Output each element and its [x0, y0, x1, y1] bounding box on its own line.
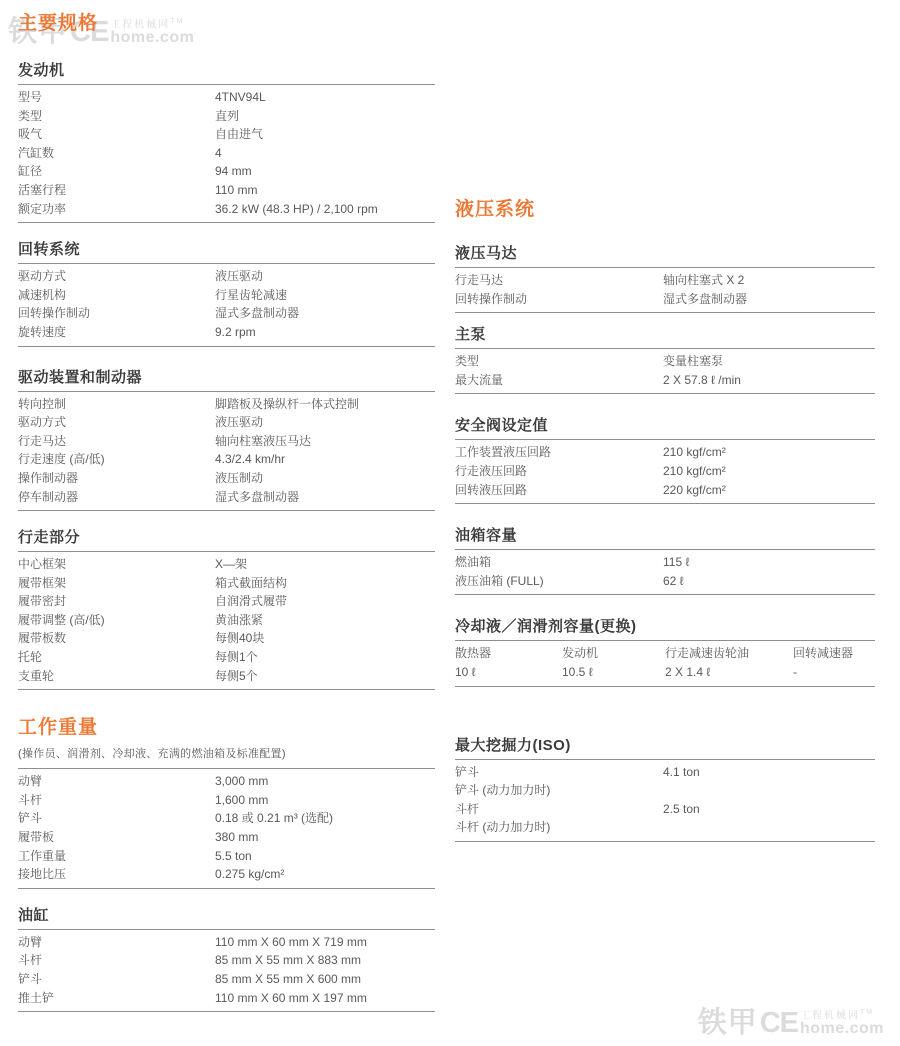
spec-value: 变量柱塞泵 — [663, 352, 875, 371]
spec-label: 旋转速度 — [18, 323, 215, 342]
spec-section: 回转系统驱动方式液压驱动减速机构行星齿轮减速回转操作制动湿式多盘制动器旋转速度9… — [18, 241, 435, 346]
spec-section: 驱动装置和制动器转向控制脚踏板及操纵杆一体式控制驱动方式液压驱动行走马达轴向柱塞… — [18, 369, 435, 512]
spec-value: 轴向柱塞液压马达 — [215, 432, 435, 451]
spec-value: 液压驱动 — [215, 267, 435, 286]
spec-row: 斗杆2.5 ton — [455, 800, 875, 819]
main-spec-column: 主要规格发动机型号4TNV94L类型直列吸气自由进气汽缸数4缸径94 mm活塞行… — [18, 12, 435, 1012]
table-header-cell: 发动机 — [562, 644, 665, 663]
spec-value: 行星齿轮减速 — [215, 286, 435, 305]
spec-label: 履带框架 — [18, 574, 215, 593]
capacity-table-section: 冷却液／润滑剂容量(更换)散热器发动机行走减速齿轮油回转减速器10 ℓ10.5 … — [455, 618, 875, 686]
spec-label: 停车制动器 — [18, 488, 215, 507]
spec-row: 液压油箱 (FULL)62 ℓ — [455, 572, 875, 591]
table-value-row: 10 ℓ10.5 ℓ2 X 1.4 ℓ- — [455, 663, 875, 682]
spec-label: 推土铲 — [18, 989, 215, 1008]
section-title: 液压马达 — [455, 245, 875, 262]
spec-label: 驱动方式 — [18, 413, 215, 432]
spec-label: 铲斗 — [18, 809, 215, 828]
spec-value — [663, 818, 875, 837]
spec-row: 铲斗 (动力加力时) — [455, 781, 875, 800]
hydraulic-spec-column: 液压系统液压马达行走马达轴向柱塞式 X 2回转操作制动湿式多盘制动器主泵类型变量… — [455, 198, 875, 842]
spec-row: 回转液压回路220 kgf/cm² — [455, 481, 875, 500]
spec-value: 4.3/2.4 km/hr — [215, 450, 435, 469]
spec-section: 最大挖掘力(ISO)铲斗4.1 ton铲斗 (动力加力时)斗杆2.5 ton斗杆… — [455, 737, 875, 842]
spec-row: 履带调整 (高/低)黄油涨紧 — [18, 611, 435, 630]
watermark-brand-en: CE — [760, 1010, 798, 1036]
spec-row: 动臂3,000 mm — [18, 772, 435, 791]
spec-row: 斗杆1,600 mm — [18, 791, 435, 810]
spec-value: 115 ℓ — [663, 553, 875, 572]
spec-label: 斗杆 — [18, 791, 215, 810]
spec-value: 2 X 57.8 ℓ /min — [663, 371, 875, 390]
spec-row: 斗杆 (动力加力时) — [455, 818, 875, 837]
spec-row: 类型直列 — [18, 107, 435, 126]
spec-value: 9.2 rpm — [215, 323, 435, 342]
table-header-row: 散热器发动机行走减速齿轮油回转减速器 — [455, 644, 875, 663]
table-value-cell: 10.5 ℓ — [562, 663, 665, 682]
section-title: 最大挖掘力(ISO) — [455, 737, 875, 754]
spec-value: 210 kgf/cm² — [663, 443, 875, 462]
table-header-cell: 回转减速器 — [793, 644, 875, 663]
spec-section: 油缸动臂110 mm X 60 mm X 719 mm斗杆85 mm X 55 … — [18, 907, 435, 1012]
spec-row: 类型变量柱塞泵 — [455, 352, 875, 371]
spec-row: 动臂110 mm X 60 mm X 719 mm — [18, 933, 435, 952]
spec-value: 湿式多盘制动器 — [663, 290, 875, 309]
spec-label: 托轮 — [18, 648, 215, 667]
spec-rows: 动臂3,000 mm斗杆1,600 mm铲斗0.18 或 0.21 m³ (选配… — [18, 768, 435, 889]
spec-value: 每侧1个 — [215, 648, 435, 667]
spec-row: 燃油箱115 ℓ — [455, 553, 875, 572]
spec-value: 液压制动 — [215, 469, 435, 488]
spec-label: 斗杆 (动力加力时) — [455, 818, 663, 837]
spec-value: 4TNV94L — [215, 88, 435, 107]
spec-label: 动臂 — [18, 772, 215, 791]
spec-label: 履带板 — [18, 828, 215, 847]
section-title: 回转系统 — [18, 241, 435, 258]
section-title: 行走部分 — [18, 529, 435, 546]
spec-row: 回转操作制动湿式多盘制动器 — [18, 304, 435, 323]
spec-value: 380 mm — [215, 828, 435, 847]
spec-row: 支重轮每侧5个 — [18, 667, 435, 686]
spec-row: 履带板380 mm — [18, 828, 435, 847]
section-title: 发动机 — [18, 62, 435, 79]
spec-row: 转向控制脚踏板及操纵杆一体式控制 — [18, 395, 435, 414]
spec-row: 铲斗85 mm X 55 mm X 600 mm — [18, 970, 435, 989]
table-header-cell: 散热器 — [455, 644, 562, 663]
spec-section: 发动机型号4TNV94L类型直列吸气自由进气汽缸数4缸径94 mm活塞行程110… — [18, 62, 435, 223]
spec-value: 2.5 ton — [663, 800, 875, 819]
spec-label: 行走速度 (高/低) — [18, 450, 215, 469]
spec-row: 吸气自由进气 — [18, 125, 435, 144]
section-title: 油缸 — [18, 907, 435, 924]
watermark-right: 工程机械网TM home.com — [800, 1007, 884, 1036]
spec-row: 推土铲110 mm X 60 mm X 197 mm — [18, 989, 435, 1008]
spec-label: 履带调整 (高/低) — [18, 611, 215, 630]
spec-rows: 行走马达轴向柱塞式 X 2回转操作制动湿式多盘制动器 — [455, 267, 875, 313]
spec-section: 液压马达行走马达轴向柱塞式 X 2回转操作制动湿式多盘制动器 — [455, 245, 875, 313]
spec-label: 型号 — [18, 88, 215, 107]
spec-section: 油箱容量燃油箱115 ℓ液压油箱 (FULL)62 ℓ — [455, 527, 875, 595]
spec-row: 停车制动器湿式多盘制动器 — [18, 488, 435, 507]
spec-section: 行走部分中心框架X—架履带框架箱式截面结构履带密封自润滑式履带履带调整 (高/低… — [18, 529, 435, 690]
spec-row: 行走马达轴向柱塞式 X 2 — [455, 271, 875, 290]
spec-rows: 转向控制脚踏板及操纵杆一体式控制驱动方式液压驱动行走马达轴向柱塞液压马达行走速度… — [18, 391, 435, 512]
spec-row: 驱动方式液压驱动 — [18, 413, 435, 432]
section-title: 驱动装置和制动器 — [18, 369, 435, 386]
spec-section: 安全阀设定值工作装置液压回路210 kgf/cm²行走液压回路210 kgf/c… — [455, 417, 875, 504]
spec-label: 动臂 — [18, 933, 215, 952]
spec-row: 斗杆85 mm X 55 mm X 883 mm — [18, 951, 435, 970]
spec-label: 回转液压回路 — [455, 481, 663, 500]
spec-section: 主泵类型变量柱塞泵最大流量2 X 57.8 ℓ /min — [455, 326, 875, 394]
spec-row: 履带板数每侧40块 — [18, 629, 435, 648]
spec-label: 类型 — [455, 352, 663, 371]
section-title: 工作重量 — [18, 716, 435, 739]
spec-label: 减速机构 — [18, 286, 215, 305]
spec-label: 吸气 — [18, 125, 215, 144]
spec-label: 行走马达 — [455, 271, 663, 290]
main-spec-group-title: 主要规格 — [18, 12, 435, 36]
spec-value: 每侧5个 — [215, 667, 435, 686]
spec-value: 液压驱动 — [215, 413, 435, 432]
spec-value: 轴向柱塞式 X 2 — [663, 271, 875, 290]
spec-label: 燃油箱 — [455, 553, 663, 572]
spec-label: 操作制动器 — [18, 469, 215, 488]
spec-value: 110 mm — [215, 181, 435, 200]
spec-row: 型号4TNV94L — [18, 88, 435, 107]
spec-label: 汽缸数 — [18, 144, 215, 163]
spec-row: 最大流量2 X 57.8 ℓ /min — [455, 371, 875, 390]
watermark-tagline: 工程机械网TM — [800, 1007, 884, 1021]
spec-row: 驱动方式液压驱动 — [18, 267, 435, 286]
spec-value: 85 mm X 55 mm X 600 mm — [215, 970, 435, 989]
table-value-cell: 2 X 1.4 ℓ — [665, 663, 793, 682]
spec-row: 缸径94 mm — [18, 162, 435, 181]
spec-label: 类型 — [18, 107, 215, 126]
section-title: 冷却液／润滑剂容量(更换) — [455, 618, 875, 635]
spec-value: 5.5 ton — [215, 847, 435, 866]
spec-row: 活塞行程110 mm — [18, 181, 435, 200]
spec-label: 工作装置液压回路 — [455, 443, 663, 462]
spec-value: 62 ℓ — [663, 572, 875, 591]
spec-row: 减速机构行星齿轮减速 — [18, 286, 435, 305]
spec-rows: 型号4TNV94L类型直列吸气自由进气汽缸数4缸径94 mm活塞行程110 mm… — [18, 84, 435, 223]
spec-label: 履带密封 — [18, 592, 215, 611]
spec-rows: 燃油箱115 ℓ液压油箱 (FULL)62 ℓ — [455, 549, 875, 595]
hydraulic-system-group-title: 液压系统 — [455, 198, 875, 222]
spec-row: 旋转速度9.2 rpm — [18, 323, 435, 342]
spec-label: 回转操作制动 — [18, 304, 215, 323]
table-value-cell: - — [793, 663, 875, 682]
spec-row: 中心框架X—架 — [18, 555, 435, 574]
spec-value: 94 mm — [215, 162, 435, 181]
spec-value: 每侧40块 — [215, 629, 435, 648]
spec-label: 额定功率 — [18, 200, 215, 219]
spec-label: 活塞行程 — [18, 181, 215, 200]
spec-row: 铲斗4.1 ton — [455, 763, 875, 782]
spec-section: 工作重量(操作员、润滑剂、冷却液、充满的燃油箱及标准配置)动臂3,000 mm斗… — [18, 716, 435, 889]
spec-value: 220 kgf/cm² — [663, 481, 875, 500]
section-title: 安全阀设定值 — [455, 417, 875, 434]
spec-row: 额定功率36.2 kW (48.3 HP) / 2,100 rpm — [18, 200, 435, 219]
spec-rows: 工作装置液压回路210 kgf/cm²行走液压回路210 kgf/cm²回转液压… — [455, 439, 875, 504]
spec-label: 铲斗 (动力加力时) — [455, 781, 663, 800]
spec-label: 最大流量 — [455, 371, 663, 390]
capacity-table: 散热器发动机行走减速齿轮油回转减速器10 ℓ10.5 ℓ2 X 1.4 ℓ- — [455, 640, 875, 686]
spec-label: 回转操作制动 — [455, 290, 663, 309]
spec-label: 支重轮 — [18, 667, 215, 686]
spec-label: 中心框架 — [18, 555, 215, 574]
spec-label: 接地比压 — [18, 865, 215, 884]
spec-label: 行走液压回路 — [455, 462, 663, 481]
spec-rows: 动臂110 mm X 60 mm X 719 mm斗杆85 mm X 55 mm… — [18, 929, 435, 1012]
section-title: 油箱容量 — [455, 527, 875, 544]
spec-value: 湿式多盘制动器 — [215, 304, 435, 323]
spec-value: 自润滑式履带 — [215, 592, 435, 611]
spec-value: 4 — [215, 144, 435, 163]
spec-rows: 驱动方式液压驱动减速机构行星齿轮减速回转操作制动湿式多盘制动器旋转速度9.2 r… — [18, 263, 435, 346]
spec-label: 铲斗 — [18, 970, 215, 989]
spec-row: 行走马达轴向柱塞液压马达 — [18, 432, 435, 451]
spec-row: 履带框架箱式截面结构 — [18, 574, 435, 593]
watermark-logo-bottom: 铁甲CE 工程机械网TM home.com — [698, 1007, 884, 1036]
spec-value: 黄油涨紧 — [215, 611, 435, 630]
table-header-cell: 行走减速齿轮油 — [665, 644, 793, 663]
spec-value: 85 mm X 55 mm X 883 mm — [215, 951, 435, 970]
spec-label: 工作重量 — [18, 847, 215, 866]
spec-row: 行走液压回路210 kgf/cm² — [455, 462, 875, 481]
spec-row: 行走速度 (高/低)4.3/2.4 km/hr — [18, 450, 435, 469]
spec-row: 汽缸数4 — [18, 144, 435, 163]
spec-value: X—架 — [215, 555, 435, 574]
spec-value: 3,000 mm — [215, 772, 435, 791]
spec-rows: 铲斗4.1 ton铲斗 (动力加力时)斗杆2.5 ton斗杆 (动力加力时) — [455, 759, 875, 842]
section-title: 主泵 — [455, 326, 875, 343]
spec-label: 铲斗 — [455, 763, 663, 782]
spec-label: 液压油箱 (FULL) — [455, 572, 663, 591]
spec-row: 履带密封自润滑式履带 — [18, 592, 435, 611]
spec-row: 接地比压0.275 kg/cm² — [18, 865, 435, 884]
watermark-domain: home.com — [800, 1021, 884, 1036]
spec-label: 斗杆 — [455, 800, 663, 819]
spec-label: 缸径 — [18, 162, 215, 181]
spec-row: 托轮每侧1个 — [18, 648, 435, 667]
spec-value: 110 mm X 60 mm X 197 mm — [215, 989, 435, 1008]
spec-value: 210 kgf/cm² — [663, 462, 875, 481]
spec-value: 0.18 或 0.21 m³ (选配) — [215, 809, 435, 828]
table-value-cell: 10 ℓ — [455, 663, 562, 682]
spec-value: 箱式截面结构 — [215, 574, 435, 593]
spec-value: 脚踏板及操纵杆一体式控制 — [215, 395, 435, 414]
spec-value — [663, 781, 875, 800]
spec-row: 铲斗0.18 或 0.21 m³ (选配) — [18, 809, 435, 828]
spec-rows: 类型变量柱塞泵最大流量2 X 57.8 ℓ /min — [455, 348, 875, 394]
spec-label: 履带板数 — [18, 629, 215, 648]
trademark-symbol: TM — [860, 1009, 874, 1016]
spec-label: 斗杆 — [18, 951, 215, 970]
spec-label: 行走马达 — [18, 432, 215, 451]
spec-value: 0.275 kg/cm² — [215, 865, 435, 884]
spec-row: 操作制动器液压制动 — [18, 469, 435, 488]
spec-sheet-page: 铁甲CE 工程机械网TM home.com 铁甲CE 工程机械网TM home.… — [0, 0, 900, 1046]
spec-value: 湿式多盘制动器 — [215, 488, 435, 507]
spec-row: 工作装置液压回路210 kgf/cm² — [455, 443, 875, 462]
spec-value: 直列 — [215, 107, 435, 126]
spec-value: 36.2 kW (48.3 HP) / 2,100 rpm — [215, 200, 435, 219]
spec-value: 1,600 mm — [215, 791, 435, 810]
spec-value: 110 mm X 60 mm X 719 mm — [215, 933, 435, 952]
spec-value: 自由进气 — [215, 125, 435, 144]
spec-label: 转向控制 — [18, 395, 215, 414]
spec-label: 驱动方式 — [18, 267, 215, 286]
section-note: (操作员、润滑剂、冷却液、充满的燃油箱及标准配置) — [18, 748, 435, 761]
watermark-brand: 铁甲 — [698, 1010, 758, 1036]
spec-rows: 中心框架X—架履带框架箱式截面结构履带密封自润滑式履带履带调整 (高/低)黄油涨… — [18, 551, 435, 690]
spec-value: 4.1 ton — [663, 763, 875, 782]
spec-row: 回转操作制动湿式多盘制动器 — [455, 290, 875, 309]
spec-row: 工作重量5.5 ton — [18, 847, 435, 866]
